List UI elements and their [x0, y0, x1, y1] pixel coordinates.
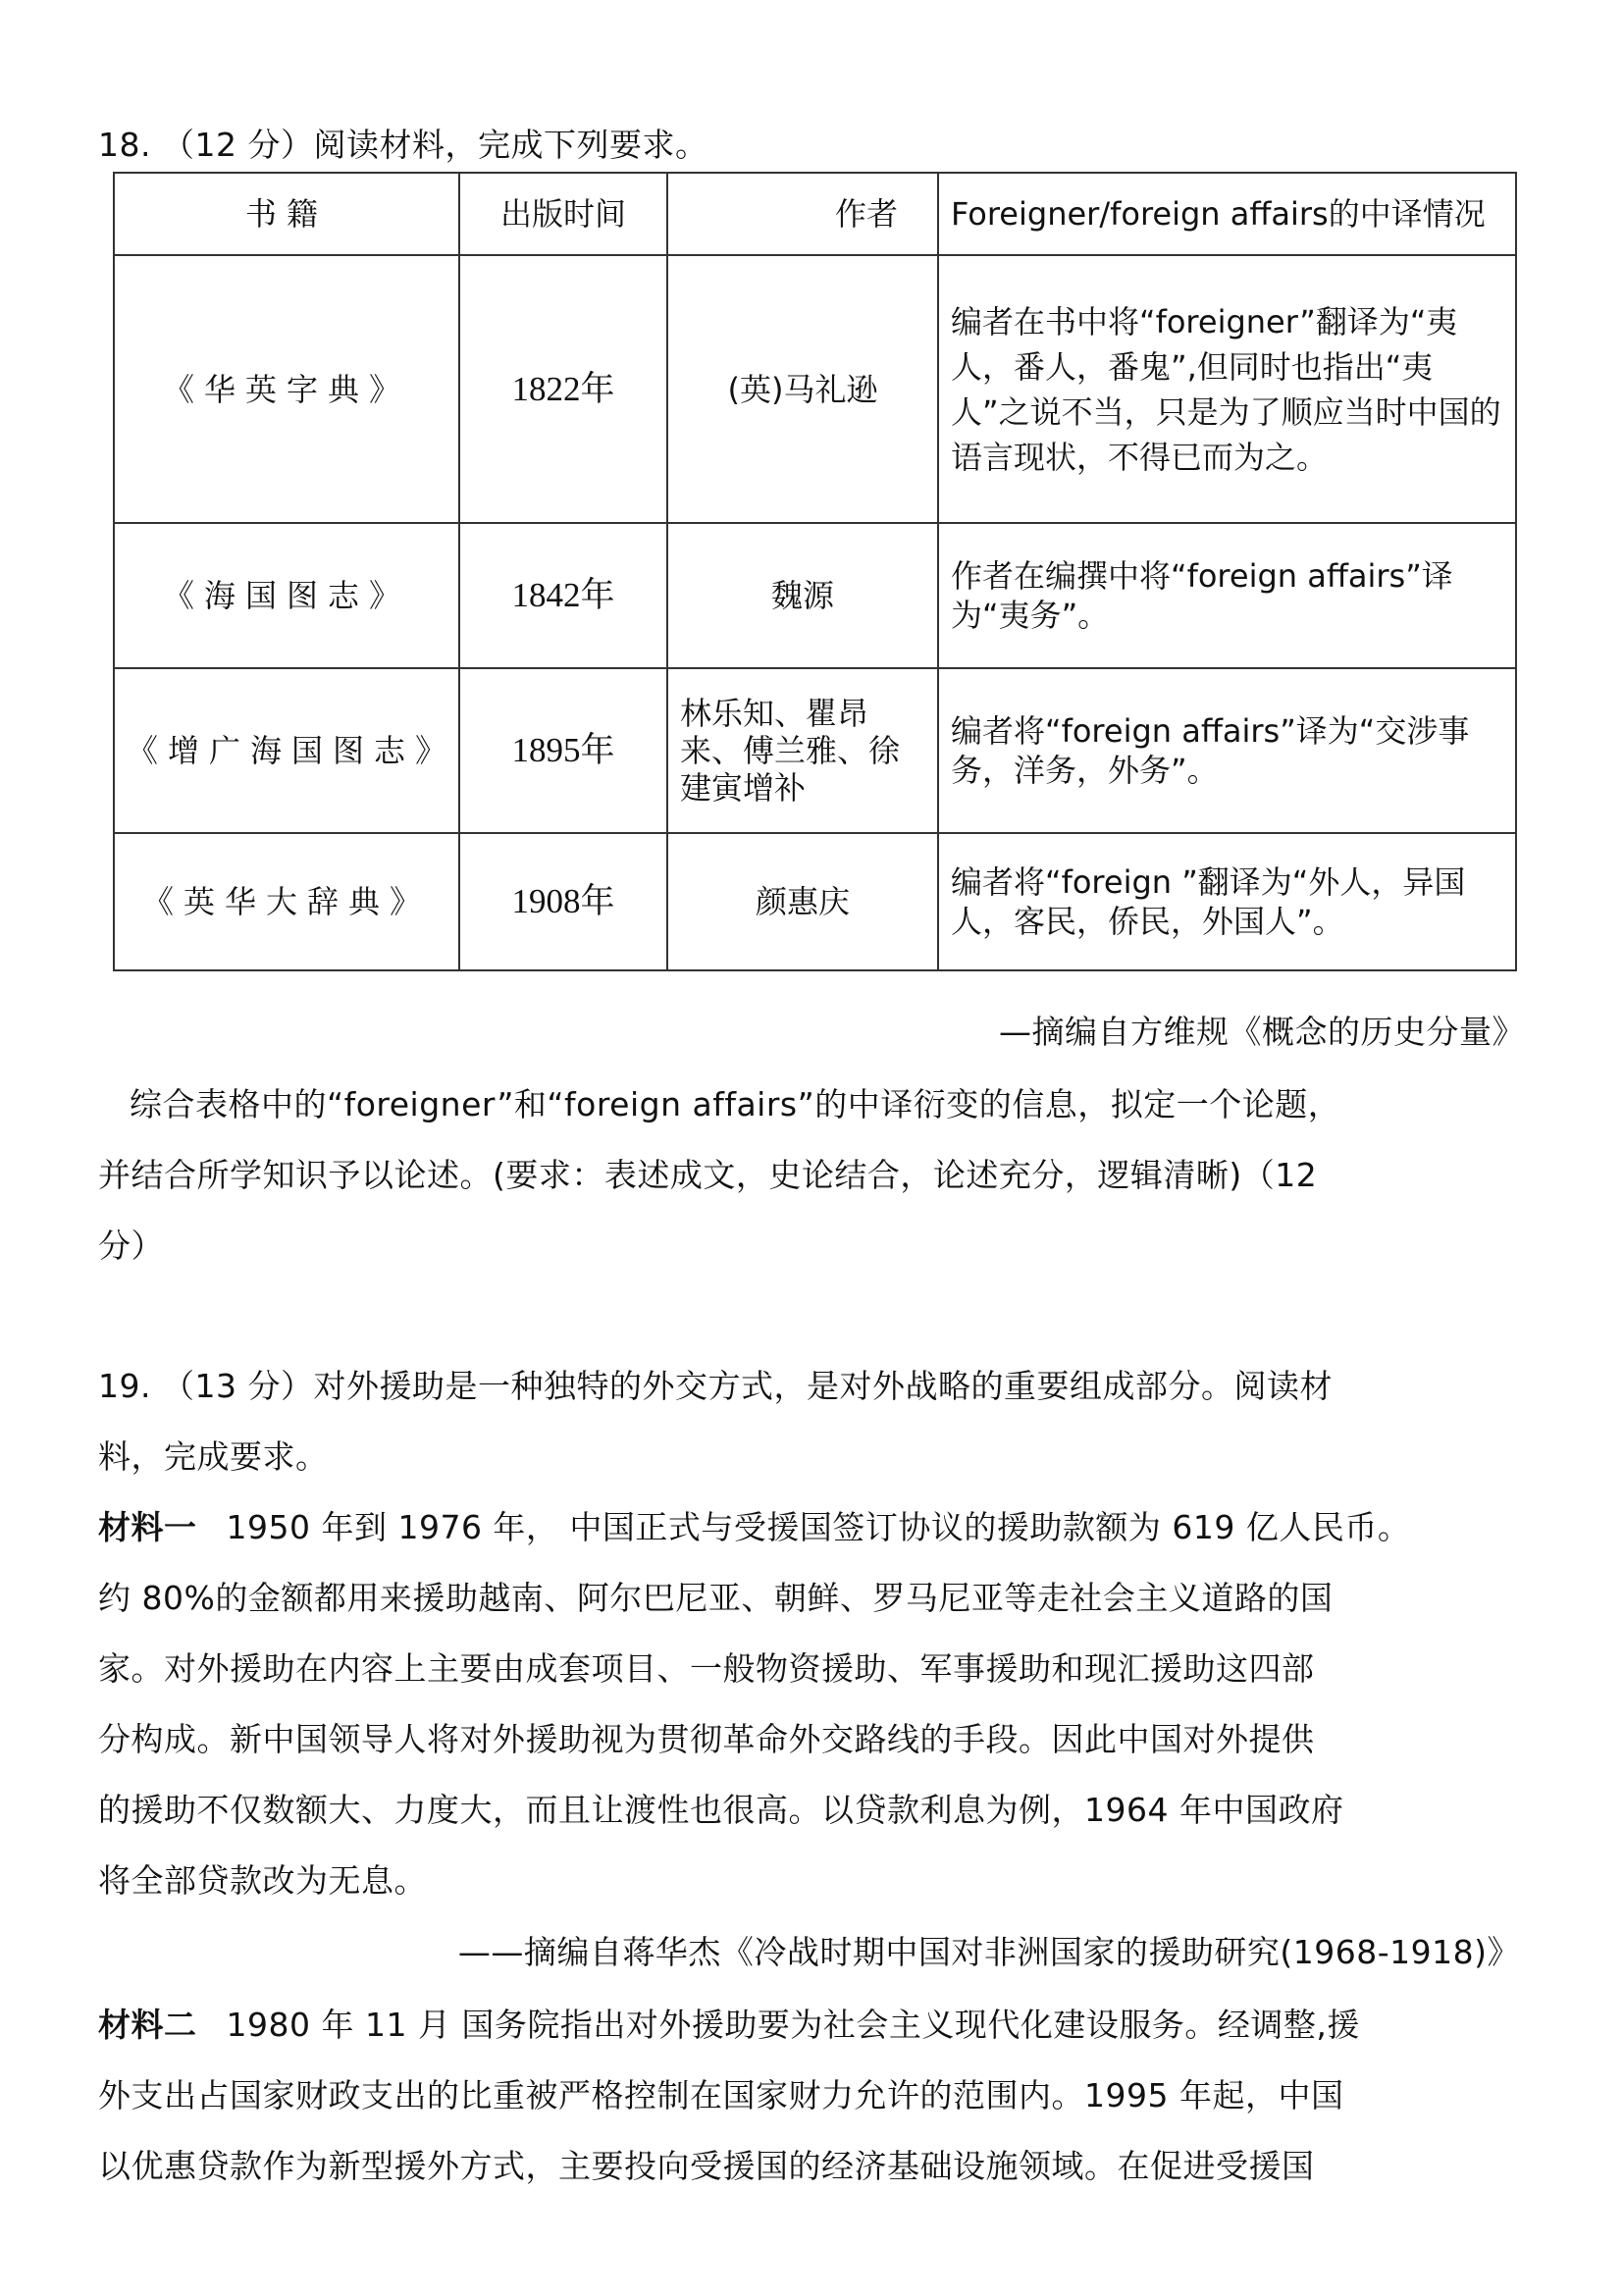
q18-source: —摘编自方维规《概念的历史分量》: [92, 1013, 1525, 1052]
material1-line: 家。对外援助在内容上主要由成套项目、一般物资援助、军事援助和现汇援助这四部: [98, 1649, 1531, 1689]
cell-book: 《海国图志》: [114, 523, 459, 668]
material1-text: 1950 年到 1976 年， 中国正式与受援国签订协议的援助款额为 619 亿…: [227, 1508, 1411, 1546]
q19-heading-line: 料，完成要求。: [98, 1437, 1531, 1477]
cell-author: (英)马礼逊: [667, 255, 938, 523]
material1-source: ——摘编自蒋华杰《冷战时期中国对非洲国家的援助研究(1968-1918)》: [87, 1933, 1520, 1972]
material1-line: 约 80%的金额都用来援助越南、阿尔巴尼亚、朝鲜、罗马尼亚等走社会主义道路的国: [98, 1579, 1531, 1618]
cell-author: 魏源: [667, 523, 938, 668]
cell-book: 《增广海国图志》: [114, 668, 459, 833]
cell-translation: 编者将“foreign ”翻译为“外人，异国人，客民，侨民，外国人”。: [938, 833, 1516, 970]
header-year: 出版时间: [459, 173, 667, 255]
cell-book: 《华英字典》: [114, 255, 459, 523]
cell-author: 林乐知、瞿昂来、傅兰雅、徐建寅增补: [667, 668, 938, 833]
translation-table: 书籍 出版时间 作者 Foreigner/foreign affairs的中译情…: [113, 172, 1517, 971]
table-row: 《英华大辞典》 1908年 颜惠庆 编者将“foreign ”翻译为“外人，异国…: [114, 833, 1516, 970]
table-row: 《海国图志》 1842年 魏源 作者在编撰中将“foreign affairs”…: [114, 523, 1516, 668]
cell-translation: 作者在编撰中将“foreign affairs”译为“夷务”。: [938, 523, 1516, 668]
table-row: 《增广海国图志》 1895年 林乐知、瞿昂来、傅兰雅、徐建寅增补 编者将“for…: [114, 668, 1516, 833]
q18-heading: 18. （12 分）阅读材料，完成下列要求。: [98, 126, 1531, 165]
material1-line: 材料一1950 年到 1976 年， 中国正式与受援国签订协议的援助款额为 61…: [98, 1508, 1531, 1547]
material1-line: 将全部贷款改为无息。: [98, 1861, 1531, 1901]
material1-line: 分构成。新中国领导人将对外援助视为贯彻革命外交路线的手段。因此中国对外提供: [98, 1720, 1531, 1759]
header-author: 作者: [667, 173, 938, 255]
material2-line: 材料二1980 年 11 月 国务院指出对外援助要为社会主义现代化建设服务。经调…: [98, 2006, 1531, 2045]
cell-book: 《英华大辞典》: [114, 833, 459, 970]
cell-author: 颜惠庆: [667, 833, 938, 970]
q19-heading-line: 19. （13 分）对外援助是一种独特的外交方式，是对外战略的重要组成部分。阅读…: [98, 1367, 1531, 1406]
cell-translation: 编者在书中将“foreigner”翻译为“夷人，番人，番鬼”,但同时也指出“夷人…: [938, 255, 1516, 523]
cell-year: 1842年: [459, 523, 667, 668]
table-row: 《华英字典》 1822年 (英)马礼逊 编者在书中将“foreigner”翻译为…: [114, 255, 1516, 523]
material1-line: 的援助不仅数额大、力度大，而且让渡性也很高。以贷款利息为例，1964 年中国政府: [98, 1791, 1531, 1830]
cell-year: 1895年: [459, 668, 667, 833]
material2-line: 外支出占国家财政支出的比重被严格控制在国家财力允许的范围内。1995 年起，中国: [98, 2076, 1531, 2115]
material1-label: 材料一: [98, 1508, 197, 1546]
header-book: 书籍: [114, 173, 459, 255]
cell-year: 1822年: [459, 255, 667, 523]
material2-line: 以优惠贷款作为新型援外方式，主要投向受援国的经济基础设施领域。在促进受援国: [98, 2147, 1531, 2186]
q18-prompt-line: 综合表格中的“foreigner”和“foreign affairs”的中译衍变…: [130, 1085, 1562, 1124]
q18-prompt-line: 并结合所学知识予以论述。(要求：表述成文，史论结合，论述充分，逻辑清晰)（12: [98, 1156, 1531, 1195]
table-header-row: 书籍 出版时间 作者 Foreigner/foreign affairs的中译情…: [114, 173, 1516, 255]
cell-year: 1908年: [459, 833, 667, 970]
cell-translation: 编者将“foreign affairs”译为“交涉事务，洋务，外务”。: [938, 668, 1516, 833]
material2-text: 1980 年 11 月 国务院指出对外援助要为社会主义现代化建设服务。经调整,援: [227, 2006, 1360, 2044]
q18-prompt-line: 分）: [98, 1226, 1531, 1266]
material2-label: 材料二: [98, 2006, 197, 2044]
header-translation: Foreigner/foreign affairs的中译情况: [938, 173, 1516, 255]
